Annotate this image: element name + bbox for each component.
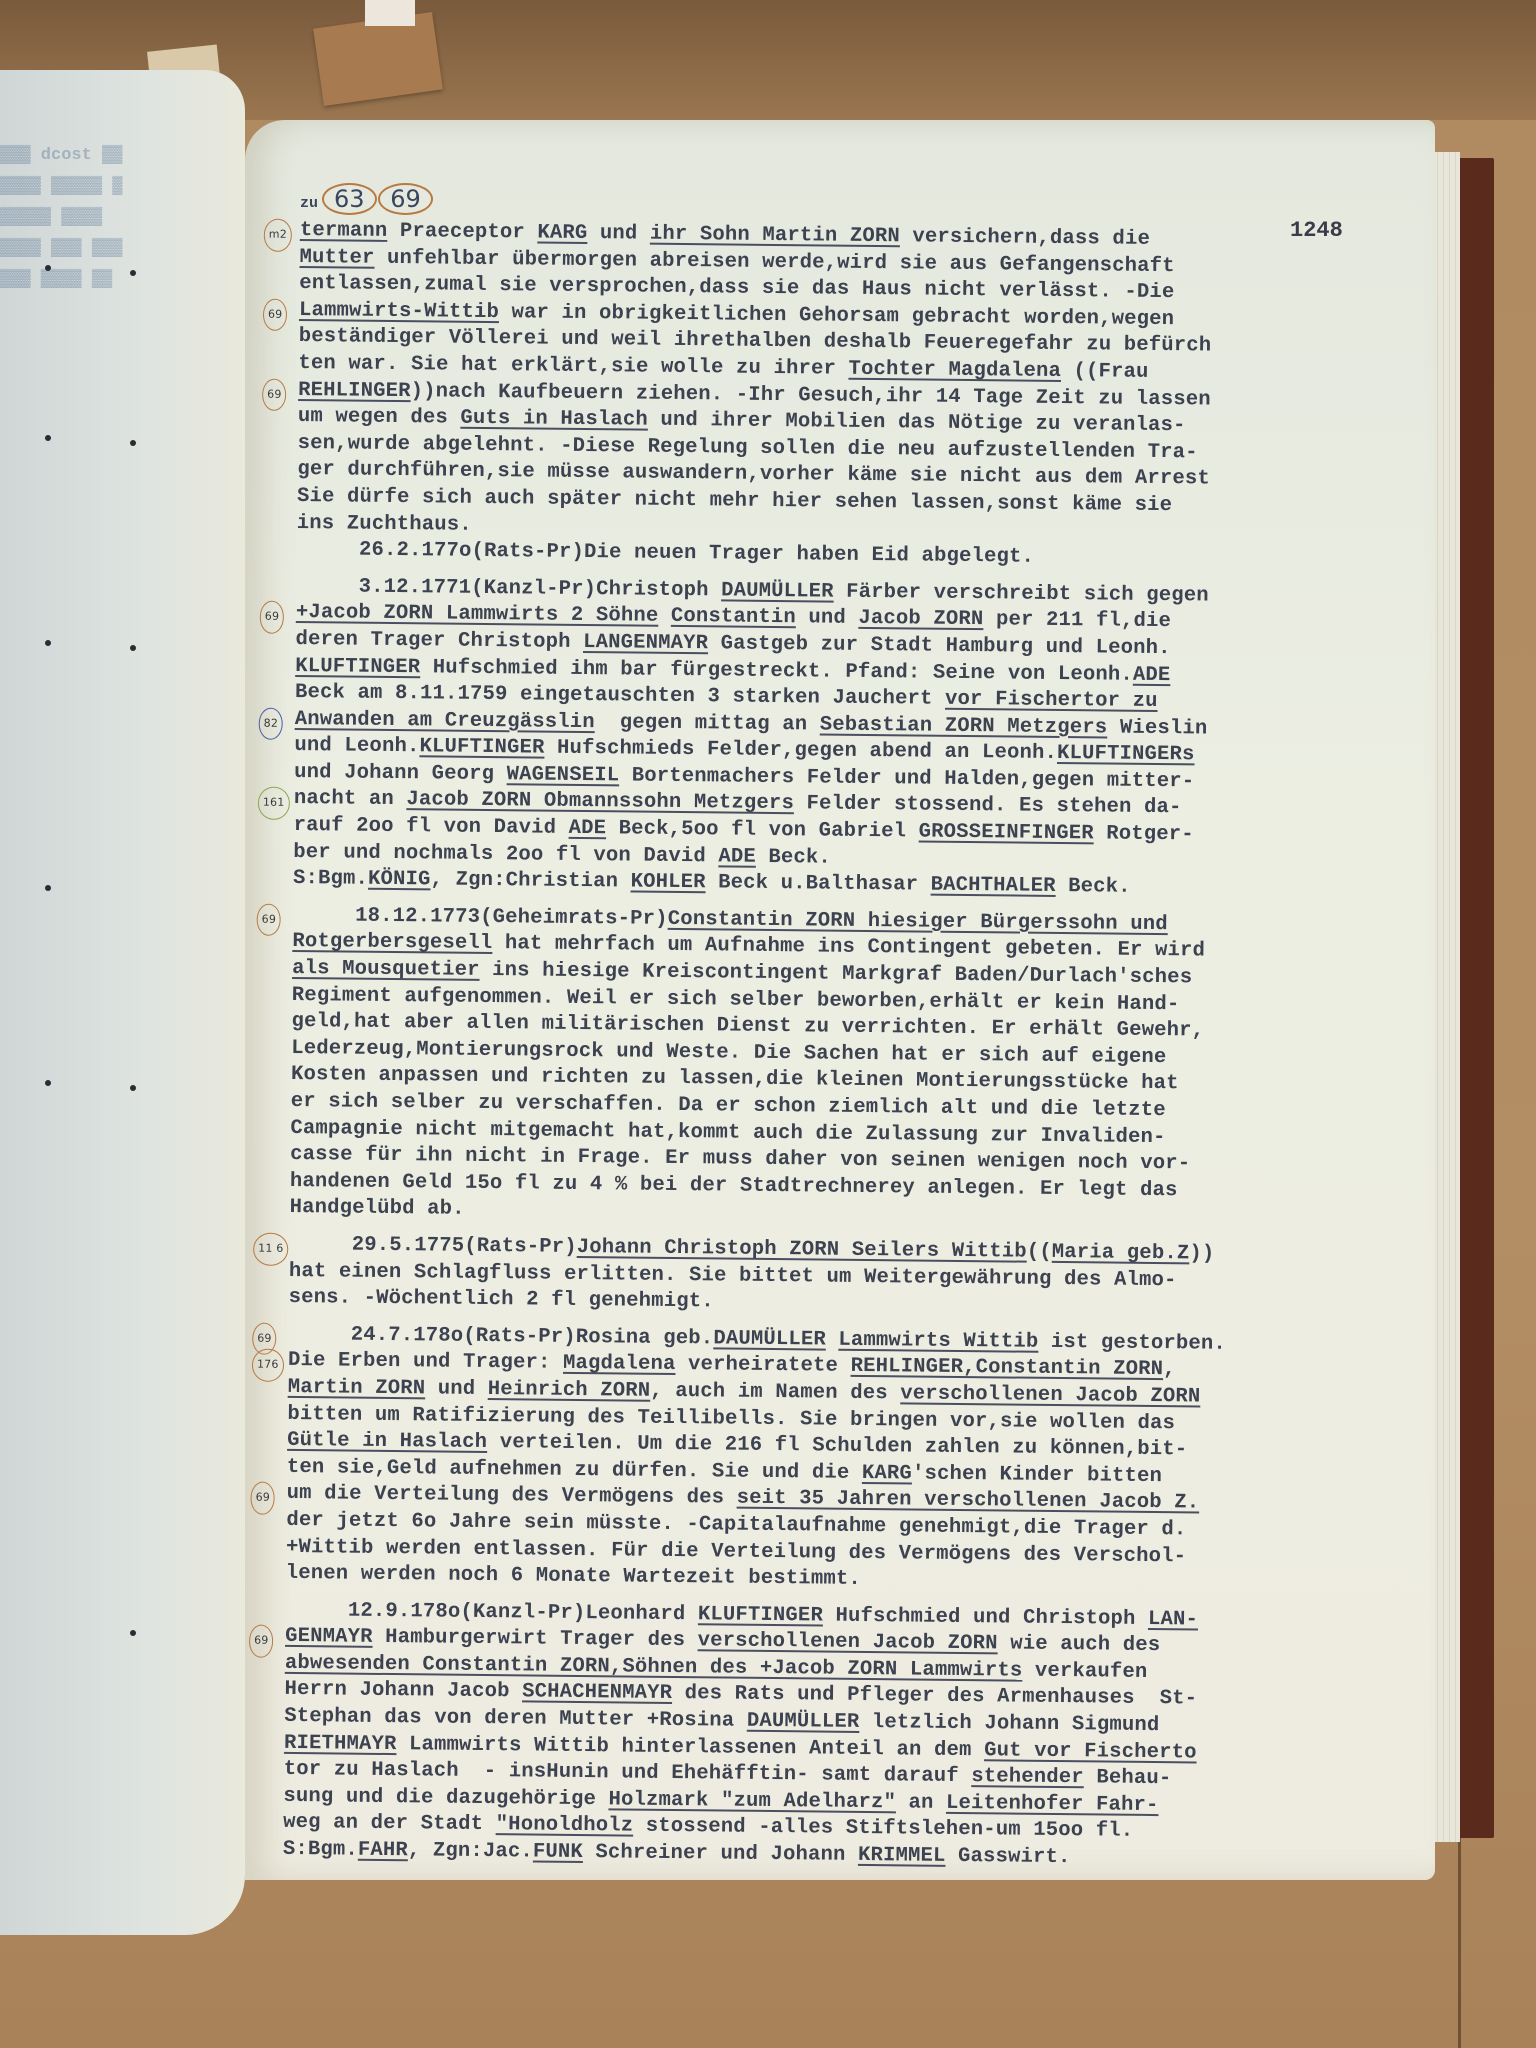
punch-dot [45, 435, 51, 441]
text-run: Gasswirt. [945, 1845, 1070, 1869]
punch-dot [130, 440, 136, 446]
underlined-name: KLUFTINGER [698, 1603, 823, 1627]
underlined-name: Constantin [671, 605, 796, 629]
text-run: gegen mittag an [595, 711, 820, 736]
underlined-name: ADE [569, 817, 607, 840]
underlined-name: GENMAYR [285, 1625, 373, 1649]
text-run: per 211 fl,die [983, 608, 1171, 633]
text-run: 29.5.1775(Rats-Pr) [289, 1233, 577, 1259]
punch-dot [45, 265, 51, 271]
text-run: Beck u.Balthasar [706, 872, 931, 897]
text-run: Felder stossend. Es stehen da- [794, 793, 1182, 820]
cross-reference-circle: 69 [378, 183, 433, 215]
text-run: Wieslin [1107, 716, 1207, 740]
underlined-name: Jacob ZORN [858, 607, 983, 631]
text-run: lenen werden noch 6 Monate Wartezeit bes… [286, 1562, 861, 1591]
text-run: Die Erben und Trager: [288, 1349, 563, 1375]
margin-annotation: 161 [258, 787, 290, 820]
text-run: weg an der Stadt [283, 1811, 496, 1836]
text-run: Hufschmied und Christoph [823, 1604, 1148, 1630]
text-run: , [1163, 1358, 1176, 1381]
underlined-name: Lammwirts-Wittib [299, 299, 499, 324]
text-run [658, 605, 671, 628]
underlined-name: FUNK [533, 1841, 583, 1865]
text-run: Handgelübd ab. [290, 1196, 465, 1221]
text-run: Hufschmieds Felder,gegen abend an Leonh. [544, 737, 1057, 765]
margin-annotation: 11 6 [253, 1233, 289, 1266]
text-run: Stephan das von deren Mutter +Rosina [284, 1705, 747, 1733]
paper-slip [365, 0, 415, 26]
cross-reference: zu63 69 [300, 183, 427, 215]
text-run: S:Bgm. [293, 867, 368, 891]
text-run: letzlich Johann Sigmund [859, 1711, 1159, 1737]
underlined-name: WAGENSEIL [507, 763, 620, 787]
text-run: an [896, 1791, 946, 1815]
underlined-name: DAUMÜLLER [713, 1327, 826, 1351]
punch-dot [130, 1630, 136, 1636]
text-run: tor zu Haslach - insHunin und Ehehäfftin… [284, 1758, 972, 1788]
text-run: Beck am 8.11.1759 eingetauschten 3 stark… [295, 681, 945, 711]
underlined-name: Tochter Magdalena [848, 358, 1061, 383]
text-run: 3.12.1771(Kanzl-Pr)Christoph [296, 575, 721, 602]
underlined-name: KARG [537, 221, 587, 245]
margin-annotation: m2 [264, 219, 292, 252]
underlined-name: Mutter [299, 246, 374, 270]
text-run: ist gestorben. [1038, 1331, 1226, 1356]
text-run: stossend -alles Stiftslehen-um 15oo fl. [633, 1815, 1133, 1843]
text-run: ((Frau [1061, 360, 1149, 384]
text-run: Behau- [1084, 1767, 1172, 1791]
underlined-name: ihr Sohn Martin ZORN [650, 223, 900, 249]
underlined-name: KÖNIG [368, 868, 431, 892]
text-run: wie auch des [998, 1633, 1161, 1658]
underlined-name: BACHTHALER [931, 874, 1056, 898]
underlined-name: DAUMÜLLER [721, 579, 834, 603]
underlined-name: termann [300, 219, 388, 243]
underlined-name: REHLINGER,Constantin ZORN [850, 1355, 1163, 1381]
text-run: ber und nochmals 2oo fl von David [293, 841, 718, 868]
underlined-name: Leitenhofer Fahr- [946, 1792, 1159, 1817]
text-run: versichern,dass die [900, 225, 1150, 251]
underlined-name: REHLINGER [298, 379, 411, 403]
underlined-name: LANGENMAYR [583, 631, 708, 655]
underlined-name: DAUMÜLLER [747, 1710, 860, 1734]
typewritten-text: m2termann Praeceptor KARG und ihr Sohn M… [283, 218, 1440, 1875]
text-run: und Leonh. [294, 734, 419, 758]
text-run: Rotger- [1094, 822, 1194, 846]
underlined-name: verschollenen Jacob ZORN [698, 1630, 998, 1656]
text-run: (( [1027, 1241, 1052, 1264]
text-run: ten war. Sie hat erklärt,sie wolle zu ih… [298, 352, 848, 381]
text-run: )) [1189, 1242, 1214, 1265]
text-run: verheiratete [675, 1353, 850, 1378]
underlined-name: KRIMMEL [858, 1844, 946, 1868]
underlined-name: Maria geb.Z [1052, 1241, 1190, 1265]
underlined-name: KLUFTINGER [295, 654, 420, 678]
punch-dot [45, 640, 51, 646]
text-run: des Rats und Pfleger des Armenhauses St- [672, 1682, 1197, 1710]
underlined-name: Rotgerbersgesell [292, 930, 492, 955]
underlined-name: "Honoldholz [496, 1814, 634, 1838]
text-run: deren Trager Christoph [295, 628, 583, 654]
text-run: Beck. [1056, 875, 1131, 899]
text-run: 18.12.1773(Geheimrats-Pr) [293, 904, 668, 931]
underlined-name: Gut vor Fischerto [984, 1739, 1197, 1764]
text-run: nacht an [294, 787, 407, 811]
underlined-name: ADE [1133, 663, 1171, 686]
margin-annotation: 176 [252, 1349, 284, 1382]
text-run [826, 1328, 839, 1351]
underlined-name: vor Fischertor zu [945, 688, 1158, 713]
underlined-name: Constantin ZORN hiesiger Bürgerssohn und [668, 908, 1168, 936]
underlined-name: als Mousquetier [292, 957, 480, 982]
punch-dot [45, 1080, 51, 1086]
text-run: 26.2.177o(Rats-Pr)Die neuen Trager haben… [296, 538, 1034, 569]
text-run: und [587, 222, 650, 246]
underlined-name: Johann Christoph ZORN Seilers Wittib [577, 1236, 1027, 1264]
text-run: 12.9.178o(Kanzl-Pr)Leonhard [285, 1599, 698, 1626]
underlined-name: Magdalena [563, 1352, 676, 1376]
text-run: Praeceptor [387, 220, 537, 245]
text-run: , Zgn:Jac. [408, 1839, 533, 1863]
text-run: rauf 2oo fl von David [294, 814, 569, 840]
text-run: , auch im Namen des [650, 1380, 900, 1406]
text-run: ten sie,Geld aufnehmen zu dürfen. Sie un… [287, 1456, 862, 1485]
underlined-name: FAHR [358, 1839, 408, 1863]
underlined-name: KOHLER [631, 871, 706, 895]
left-page: ▓▓▓ dcost ▓▓ ▓▓▓▓ ▓▓▓▓▓ ▓ ▓▓▓▓▓ ▓▓▓▓ ▓▓▓… [0, 70, 245, 1935]
text-run: 24.7.178o(Rats-Pr)Rosina geb. [288, 1323, 713, 1350]
underlined-name: Holzmark "zum Adelharz" [608, 1788, 896, 1814]
text-run: ins Zuchthaus. [297, 512, 472, 537]
text-run: , Zgn:Christian [430, 869, 630, 894]
underlined-name: GROSSEINFINGER [919, 821, 1094, 846]
underlined-name: Lammwirts Wittib [838, 1328, 1038, 1353]
underlined-name: KLUFTINGER [419, 736, 544, 760]
text-run: Lammwirts Wittib hinterlassenen Anteil a… [396, 1733, 984, 1762]
bookmark-tab [313, 12, 443, 106]
underlined-name: RIETHMAYR [284, 1732, 397, 1756]
text-run: sung und die dazugehörige [283, 1785, 608, 1811]
underlined-name: Martin ZORN [288, 1376, 426, 1400]
text-run: sens. -Wöchentlich 2 fl genehmigt. [289, 1286, 714, 1313]
underlined-name: Guts in Haslach [460, 407, 648, 432]
underlined-name: +Jacob ZORN Lammwirts 2 Söhne [296, 601, 659, 628]
underlined-name: KLUFTINGERs [1057, 742, 1195, 766]
punch-dot [45, 885, 51, 891]
text-run: 'schen Kinder bitten [912, 1462, 1162, 1488]
text-run: S:Bgm. [283, 1838, 358, 1862]
text-run: und [425, 1377, 488, 1401]
text-run: Färber verschreibt sich gegen [834, 580, 1209, 607]
underlined-name: seit 35 Jahren verschollenen Jacob Z. [737, 1487, 1200, 1515]
underlined-name: ADE [718, 845, 756, 868]
text-run: Beck,5oo fl von Gabriel [606, 817, 919, 843]
underlined-name: Jacob ZORN Obmannssohn Metzgers [406, 789, 794, 816]
text-run: um wegen des [298, 405, 461, 430]
underlined-name: Gütle in Haslach [287, 1429, 487, 1454]
text-run: Hamburgerwirt Trager des [373, 1626, 698, 1652]
underlined-name: Sebastian ZORN Metzgers [820, 713, 1108, 739]
punch-dot [130, 645, 136, 651]
text-run: und [796, 607, 859, 631]
underlined-name: verschollenen Jacob ZORN [900, 1382, 1200, 1408]
cross-reference-circle: 63 [322, 183, 377, 215]
underlined-name: Heinrich ZORN [488, 1378, 651, 1403]
bleed-through-text: ▓▓▓ dcost ▓▓ ▓▓▓▓ ▓▓▓▓▓ ▓ ▓▓▓▓▓ ▓▓▓▓ ▓▓▓… [0, 140, 240, 295]
underlined-name: KARG [862, 1462, 912, 1486]
underlined-name: Anwanden am Creuzgässlin [295, 708, 595, 734]
underlined-name: SCHACHENMAYR [522, 1681, 672, 1706]
text-run: verkaufen [1022, 1660, 1147, 1684]
text-run: Gastgeb zur Stadt Hamburg und Leonh. [708, 632, 1171, 660]
text-run: und ihrer Mobilien das Nötige zu veranla… [648, 409, 1186, 438]
text-run: und Johann Georg [294, 761, 507, 786]
underlined-name: LAN- [1148, 1608, 1198, 1632]
punch-dot [130, 270, 136, 276]
text-run: war in obrigkeitlichen Gehorsam gebracht… [499, 301, 1174, 331]
text-run: um die Verteilung des Vermögens des [287, 1482, 737, 1510]
punch-dot [130, 1085, 136, 1091]
underlined-name: stehender [971, 1765, 1084, 1789]
text-run: Bortenmachers Felder und Halden,gegen mi… [619, 764, 1194, 793]
cross-reference-prefix: zu [300, 195, 318, 212]
text-run: Herrn Johann Jacob [284, 1678, 522, 1703]
text-run: Schreiner und Johann [583, 1841, 858, 1867]
text-run: Beck. [756, 845, 831, 869]
